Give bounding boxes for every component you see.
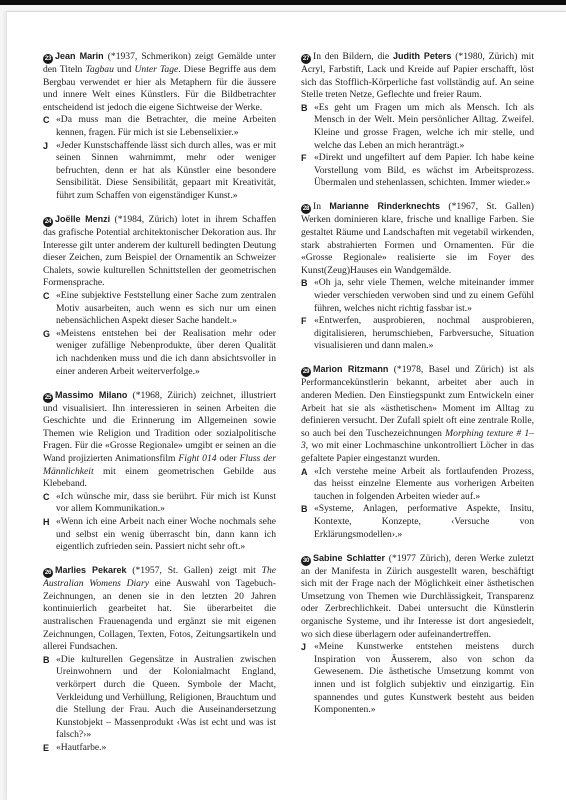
entry-description: 27In den Bildern, die Judith Peters (*19…: [301, 50, 534, 102]
quote-letter: J: [301, 641, 306, 654]
artist-name: Marlies Pekarek: [55, 565, 126, 575]
entry-description: 28In Marianne Rinderknechts (*1967, St. …: [301, 200, 534, 277]
description-text: oder: [217, 453, 240, 464]
quote-letter: B: [301, 102, 308, 115]
entry-description: 30Sabine Schlatter (*1977 Zürich), deren…: [301, 552, 534, 642]
artist-name: Marion Ritzmann: [313, 364, 388, 374]
artwork-title: Fight 014: [178, 453, 216, 464]
entry-description: 23Jean Marin (*1937, Schmerikon) zeigt G…: [43, 50, 276, 114]
quote-text: «Die kulturellen Gegensätze in Australie…: [56, 654, 276, 741]
artist-quote: A«Ich verstehe meine Arbeit als fortlauf…: [301, 466, 534, 504]
artist-entry-29: 29Marion Ritzmann (*1978, Basel und Züri…: [301, 363, 534, 541]
description-text: (*1977 Zürich), deren Werke zuletzt an d…: [301, 553, 534, 640]
entry-number-badge: 24: [43, 217, 53, 227]
artist-entry-28: 28In Marianne Rinderknechts (*1967, St. …: [301, 200, 534, 353]
artist-name: Sabine Schlatter: [313, 553, 385, 563]
quote-text: «Es geht um Fragen um mich als Mensch. I…: [314, 102, 534, 151]
quote-letter: B: [301, 277, 308, 290]
entry-number-badge: 28: [301, 204, 311, 214]
artist-name: Jean Marin: [55, 51, 104, 61]
document-page: 23Jean Marin (*1937, Schmerikon) zeigt G…: [6, 11, 566, 800]
artist-name: Judith Peters: [393, 51, 451, 61]
entry-description: 25Massimo Milano (*1968, Zürich) zeichne…: [43, 389, 276, 491]
top-edge-bar: [0, 0, 566, 5]
entry-description: 24Joëlle Menzi (*1984, Zürich) lotet in …: [43, 213, 276, 290]
quote-text: «Meine Kunstwerke entstehen meistens dur…: [314, 641, 534, 715]
artist-entry-30: 30Sabine Schlatter (*1977 Zürich), deren…: [301, 552, 534, 717]
entry-number-badge: 23: [43, 54, 53, 64]
quote-letter: B: [43, 654, 50, 667]
artist-quote: B«Systeme, Anlagen, performative Aspekte…: [301, 503, 534, 541]
artist-quote: J«Jeder Kunstschaffende lässt sich durch…: [43, 140, 276, 203]
quote-text: «Jeder Kunstschaffende lässt sich durch …: [56, 140, 276, 201]
right-column: 27In den Bildern, die Judith Peters (*19…: [301, 50, 534, 727]
artist-name: Massimo Milano: [55, 390, 127, 400]
artist-quote: H«Wenn ich eine Arbeit nach einer Woche …: [43, 516, 276, 554]
quote-text: «Entwerfen, ausprobieren, nochmal auspro…: [314, 315, 534, 351]
artist-quote: B«Oh ja, sehr viele Themen, welche mitei…: [301, 277, 534, 315]
artist-entry-23: 23Jean Marin (*1937, Schmerikon) zeigt G…: [43, 50, 276, 203]
entry-description: 29Marion Ritzmann (*1978, Basel und Züri…: [301, 363, 534, 465]
quote-letter: A: [301, 466, 308, 479]
quote-text: «Wenn ich eine Arbeit nach einer Woche n…: [56, 516, 276, 552]
quote-text: «Da muss man die Betrachter, die meine A…: [56, 114, 276, 138]
entry-number-badge: 26: [43, 568, 53, 578]
artist-quote: F«Entwerfen, ausprobieren, nochmal auspr…: [301, 315, 534, 353]
quote-text: «Meistens entstehen bei der Realisation …: [56, 328, 276, 377]
artist-name: Joëlle Menzi: [55, 214, 110, 224]
entry-number-badge: 30: [301, 556, 311, 566]
description-text: (*1967, St. Gallen) Werken dominieren kl…: [301, 201, 534, 275]
artist-quote: C«Eine subjektive Feststellung einer Sac…: [43, 290, 276, 328]
quote-text: «Ich wünsche mir, dass sie berührt. Für …: [56, 491, 276, 515]
quote-text: «Direkt und ungefiltert auf dem Papier. …: [314, 152, 534, 188]
quote-letter: H: [43, 516, 50, 529]
quote-letter: F: [301, 152, 307, 165]
artist-entry-27: 27In den Bildern, die Judith Peters (*19…: [301, 50, 534, 190]
description-text: (*1984, Zürich) lotet in ihrem Schaffen …: [43, 214, 276, 288]
description-text: eine Auswahl von Tagebuch-Zeichnungen, a…: [43, 578, 276, 652]
artist-quote: G«Meistens entstehen bei der Realisation…: [43, 328, 276, 378]
artist-name: Marianne Rinderknechts: [329, 201, 440, 211]
artist-quote: B«Die kulturellen Gegensätze in Australi…: [43, 654, 276, 742]
entry-description: 26Marlies Pekarek (*1957, St. Gallen) ze…: [43, 564, 276, 654]
entry-number-badge: 25: [43, 393, 53, 403]
description-text: In den Bildern, die: [313, 51, 393, 62]
entry-number-badge: 29: [301, 367, 311, 377]
quote-letter: J: [43, 140, 48, 153]
artist-entry-25: 25Massimo Milano (*1968, Zürich) zeichne…: [43, 389, 276, 554]
quote-text: «Ich verstehe meine Arbeit als fortlaufe…: [314, 466, 534, 502]
quote-text: «Hautfarbe.»: [56, 742, 106, 753]
quote-letter: C: [43, 290, 50, 303]
description-text: (*1957, St. Gallen) zeigt mit: [126, 565, 261, 576]
artist-quote: F«Direkt und ungefiltert auf dem Papier.…: [301, 152, 534, 190]
artist-quote: E«Hautfarbe.»: [43, 742, 276, 755]
quote-letter: C: [43, 491, 50, 504]
quote-letter: F: [301, 315, 307, 328]
quote-text: «Systeme, Anlagen, performative Aspekte,…: [314, 503, 534, 539]
artwork-title: Unter Tage: [135, 64, 179, 75]
description-text: In: [313, 201, 329, 212]
artwork-title: Tagbau: [85, 64, 113, 75]
quote-letter: B: [301, 503, 308, 516]
artist-quote: C«Da muss man die Betrachter, die meine …: [43, 114, 276, 139]
quote-letter: G: [43, 328, 50, 341]
quote-letter: C: [43, 114, 50, 127]
artist-quote: B«Es geht um Fragen um mich als Mensch. …: [301, 102, 534, 152]
left-column: 23Jean Marin (*1937, Schmerikon) zeigt G…: [43, 50, 276, 765]
description-text: , wo mit einer Lochmaschine unkontrollie…: [301, 440, 534, 464]
artist-entry-24: 24Joëlle Menzi (*1984, Zürich) lotet in …: [43, 213, 276, 378]
quote-letter: E: [43, 742, 49, 755]
artist-quote: C«Ich wünsche mir, dass sie berührt. Für…: [43, 491, 276, 516]
artist-entry-26: 26Marlies Pekarek (*1957, St. Gallen) ze…: [43, 564, 276, 754]
description-text: und: [114, 64, 135, 75]
quote-text: «Oh ja, sehr viele Themen, welche mitein…: [314, 277, 534, 313]
artist-quote: J«Meine Kunstwerke entstehen meistens du…: [301, 641, 534, 717]
quote-text: «Eine subjektive Feststellung einer Sach…: [56, 290, 276, 326]
entry-number-badge: 27: [301, 54, 311, 64]
